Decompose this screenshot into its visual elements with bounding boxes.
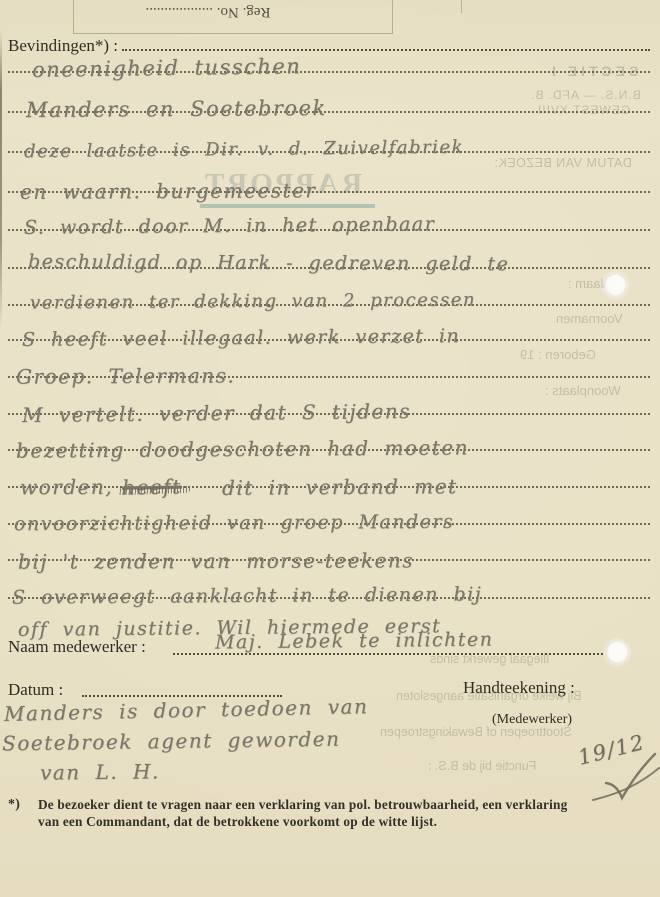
handwriting-findings-line: Groep. Telermans. — [16, 363, 235, 388]
handwriting-findings-line: beschuldigd op Hark - gedreven geld te — [28, 251, 509, 276]
footnote-line: van een Commandant, dat de betrokkene vo… — [38, 814, 437, 830]
hole-punch — [604, 273, 627, 297]
handwriting-findings-line: oneenigheid tusschen — [32, 54, 302, 82]
bleedthrough-voornamen: Voornamen — [556, 311, 623, 326]
bleedthrough-datum-bezoek: DATUM VAN BEZOEK: — [494, 156, 632, 170]
reg-no-label-upside-down: Reg. No. .................. — [95, 3, 321, 20]
footnote-line: De bezoeker dient te vragen naar een ver… — [38, 797, 568, 813]
bleedthrough-teal-rule — [200, 204, 375, 208]
bleedthrough-functie: Functie bij de B.S. : — [428, 759, 536, 773]
handwriting-findings-line: verdienen ter dekking van 2 processen — [30, 289, 476, 313]
handwriting-findings-line: bezetting doodgeschoten had moeten — [16, 435, 469, 462]
signature-scribble — [585, 750, 660, 802]
handwriting-findings-line: bij 't zenden van morse-teekens — [18, 548, 414, 573]
scanned-report-page: Reg. No. .................. SECTIE I B.N… — [0, 0, 660, 897]
footnote-marker: *) — [8, 797, 20, 813]
signature-sub-label: (Medewerker) — [492, 712, 572, 728]
bleedthrough-woonplaats: Woonplaats : — [545, 383, 621, 398]
bleedthrough-geboren: Geboren : 19 — [520, 347, 596, 362]
handwriting-findings-line: Manders en Soetebroek — [26, 96, 327, 122]
bleedthrough-bns-afd: B.N.S. — AFD. B. — [530, 88, 641, 102]
findings-leader-dots — [122, 36, 650, 51]
paper-crease-mark — [461, 0, 462, 13]
handwriting-findings-line: en waarn. burgemeester — [20, 178, 317, 204]
bleedthrough-gewest: GEWEST XVIII — [537, 103, 630, 117]
signature-label: Handteekening : — [463, 678, 575, 698]
handwriting-findings-line: S heeft veel illegaal. werk verzet in — [22, 325, 460, 351]
paper-left-edge-shadow — [0, 30, 2, 330]
handwriting-name-line: Maj. Lebek te inlichten — [215, 629, 494, 654]
handwriting-bottom-note-line: van L. H. — [40, 759, 160, 784]
handwriting-findings-line: dit in verband met — [222, 474, 458, 500]
handwriting-findings-line: S. wordt door M. in het openbaar — [24, 213, 435, 239]
handwriting-findings-line: S overweegt aanklacht in te dienen bij — [12, 583, 482, 608]
handwriting-findings-line: M vertelt. verder dat S tijdens — [22, 399, 411, 427]
hole-punch — [606, 640, 629, 664]
findings-label: Bevindingen*) : — [8, 36, 118, 56]
date-leader-dots — [82, 683, 282, 697]
handwriting-findings-line: deze laatste is Dir. v. d. Zuivelfabriek — [24, 137, 464, 163]
name-medewerker-label: Naam medewerker : — [8, 637, 146, 657]
handwriting-findings-line: onvoorzichtigheid van groep Manders — [14, 511, 454, 535]
handwriting-bottom-note-line: Soetebroek agent geworden — [2, 727, 341, 756]
date-label: Datum : — [8, 680, 63, 700]
handwriting-findings-line: worden, — [20, 475, 113, 499]
